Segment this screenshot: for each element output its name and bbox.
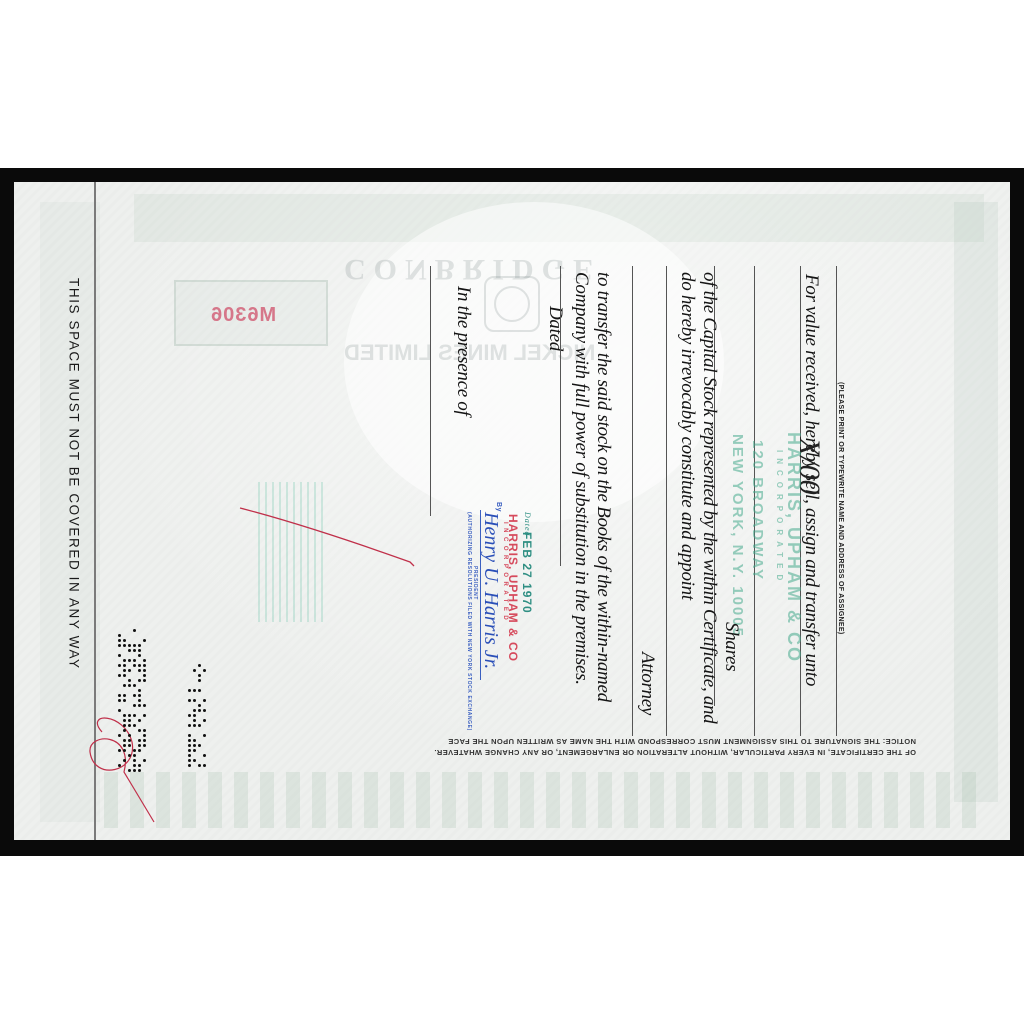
attorney-line-2 <box>632 266 633 736</box>
assignee-line-1 <box>836 266 837 736</box>
show-through-border-right <box>954 202 998 802</box>
assignment-line-5: Company with full power of substitution … <box>570 272 592 685</box>
stamp-date: FEB 27 1970 <box>520 532 534 614</box>
witness-line <box>430 266 431 516</box>
certificate-back: CONBRIDGE NICKEL MINES LIMITED M6306 THI… <box>14 182 1010 840</box>
stamp-by-label: By <box>495 502 502 512</box>
assignee-stamp-incorporated: INCORPORATED <box>775 450 784 586</box>
attorney-line-1 <box>666 266 667 736</box>
stamp-incorporated: INCORPORATED <box>502 522 508 624</box>
watermark-logo-icon <box>484 276 540 332</box>
notice-line-1: NOTICE: THE SIGNATURE TO THIS ASSIGNMENT… <box>434 736 916 747</box>
stamp-resolution-note: (AUTHORIZING RESOLUTIONS FILED WITH NEW … <box>466 512 472 731</box>
certificate-number: M6306 <box>210 304 276 327</box>
assignee-caption: (PLEASE PRINT OR TYPEWRITE NAME AND ADDR… <box>837 382 844 634</box>
dated-line <box>560 266 561 566</box>
guarantor-signature: Henry U. Harris Jr. <box>479 512 502 669</box>
assignee-stamp-firm: HARRIS, UPHAM & CO <box>783 432 804 663</box>
watermark-company-name: CONBRIDGE <box>344 252 604 286</box>
notice-line-2: OF THE CERTIFICATE, IN EVERY PARTICULAR,… <box>434 747 916 758</box>
shares-label: Shares <box>720 622 742 671</box>
assignment-line-3: do hereby irrevocably constitute and app… <box>676 272 698 600</box>
notice-text: OF THE CERTIFICATE, IN EVERY PARTICULAR,… <box>434 736 916 758</box>
red-pencil-mark <box>54 482 454 840</box>
stamp-title: PRESIDENT <box>472 566 478 600</box>
assignment-line-4: to transfer the said stock on the Books … <box>592 272 614 702</box>
presence-label: In the presence of <box>452 286 474 415</box>
assignment-line-2: of the Capital Stock represented by the … <box>698 272 720 723</box>
dated-label: Dated <box>544 306 566 351</box>
attorney-label: Attorney <box>636 652 658 715</box>
stamp-firm: HARRIS, UPHAM & CO <box>506 514 520 662</box>
assignee-stamp-address1: 120 BROADWAY <box>749 440 766 581</box>
signature-line <box>480 510 481 680</box>
assignee-stamp-address2: NEW YORK, N.Y. 10005 <box>729 434 746 638</box>
